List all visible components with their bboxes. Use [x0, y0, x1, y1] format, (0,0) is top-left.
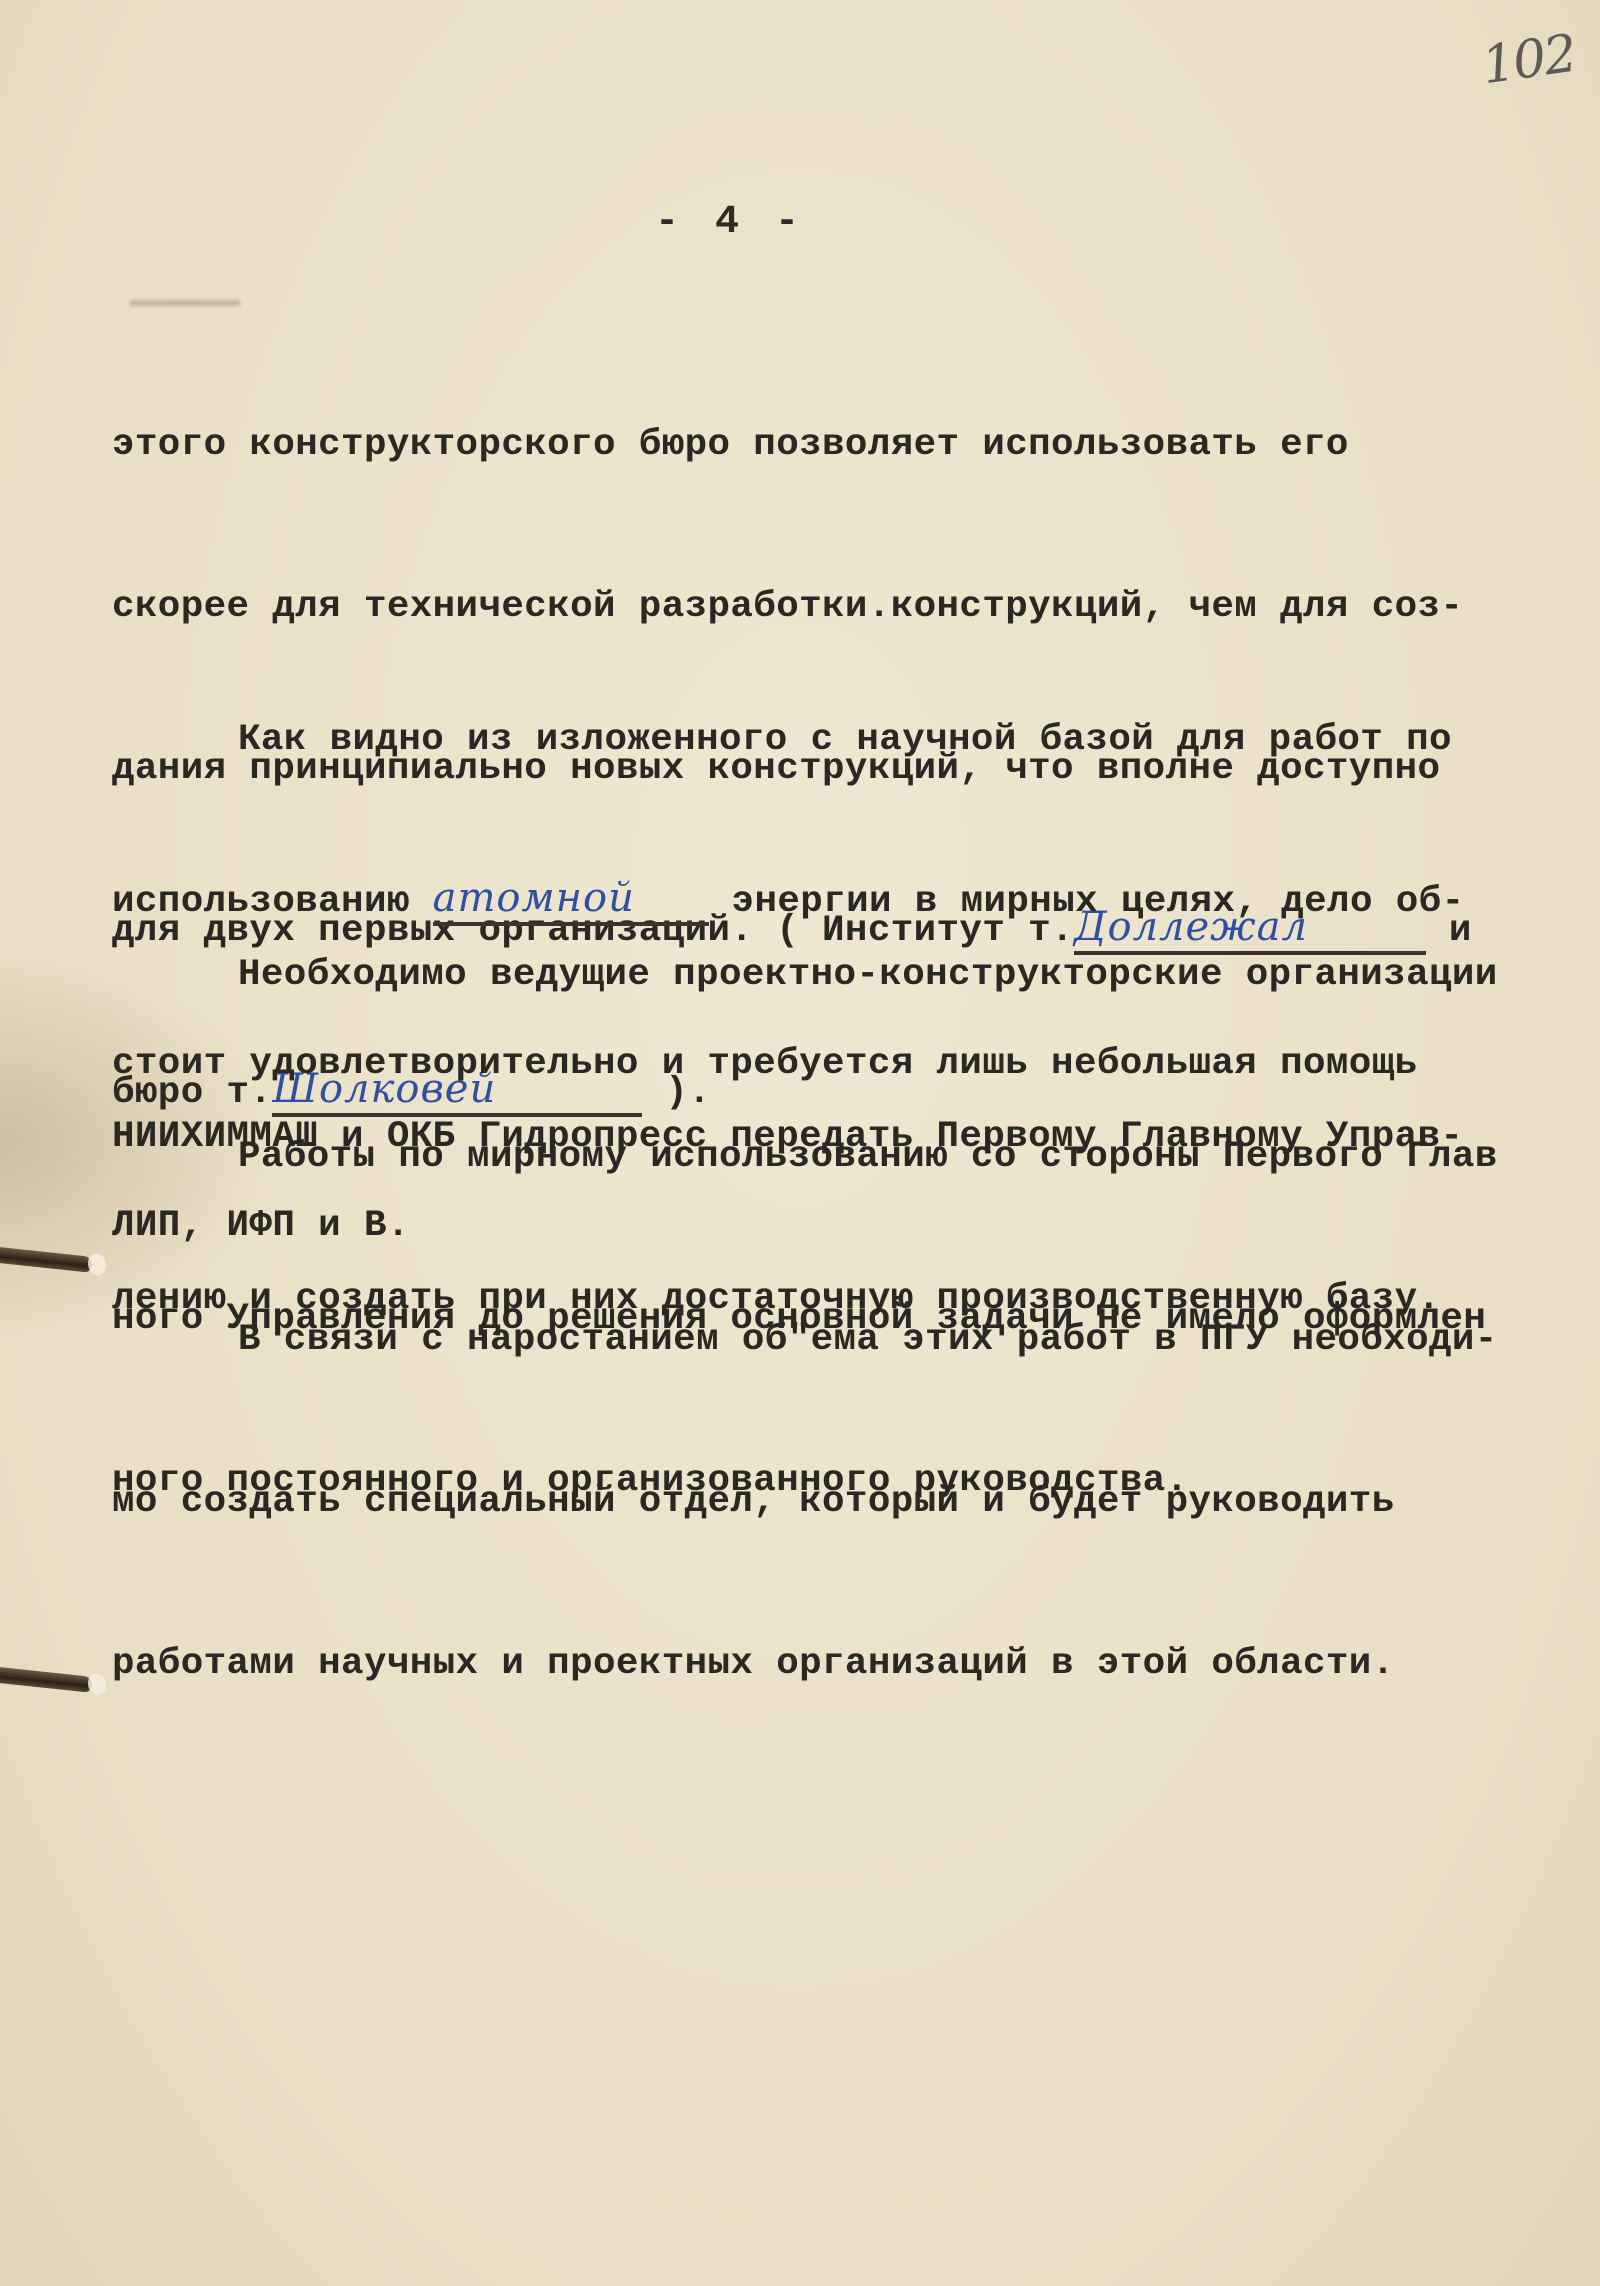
text-line: Работы по мирному использованию со сторо…	[112, 1130, 1600, 1184]
text-line: работами научных и проектных организаций…	[112, 1637, 1600, 1691]
text-line: Как видно из изложенного с научной базой…	[112, 713, 1600, 767]
binding-staple	[0, 1667, 92, 1693]
page-number: - 4 -	[655, 200, 805, 245]
ink-smudge	[130, 300, 240, 306]
text-line: этого конструкторского бюро позволяет ис…	[112, 418, 1600, 472]
folio-number: 102	[1478, 24, 1579, 96]
text-line: В связи с наростанием об"ема этих работ …	[112, 1313, 1600, 1367]
paragraph-5: В связи с наростанием об"ема этих работ …	[112, 1205, 1600, 1799]
binding-staple	[0, 1247, 92, 1273]
text-line: мо создать специальный отдел, который и …	[112, 1475, 1600, 1529]
text-line: Необходимо ведущие проектно-конструкторс…	[112, 948, 1600, 1002]
